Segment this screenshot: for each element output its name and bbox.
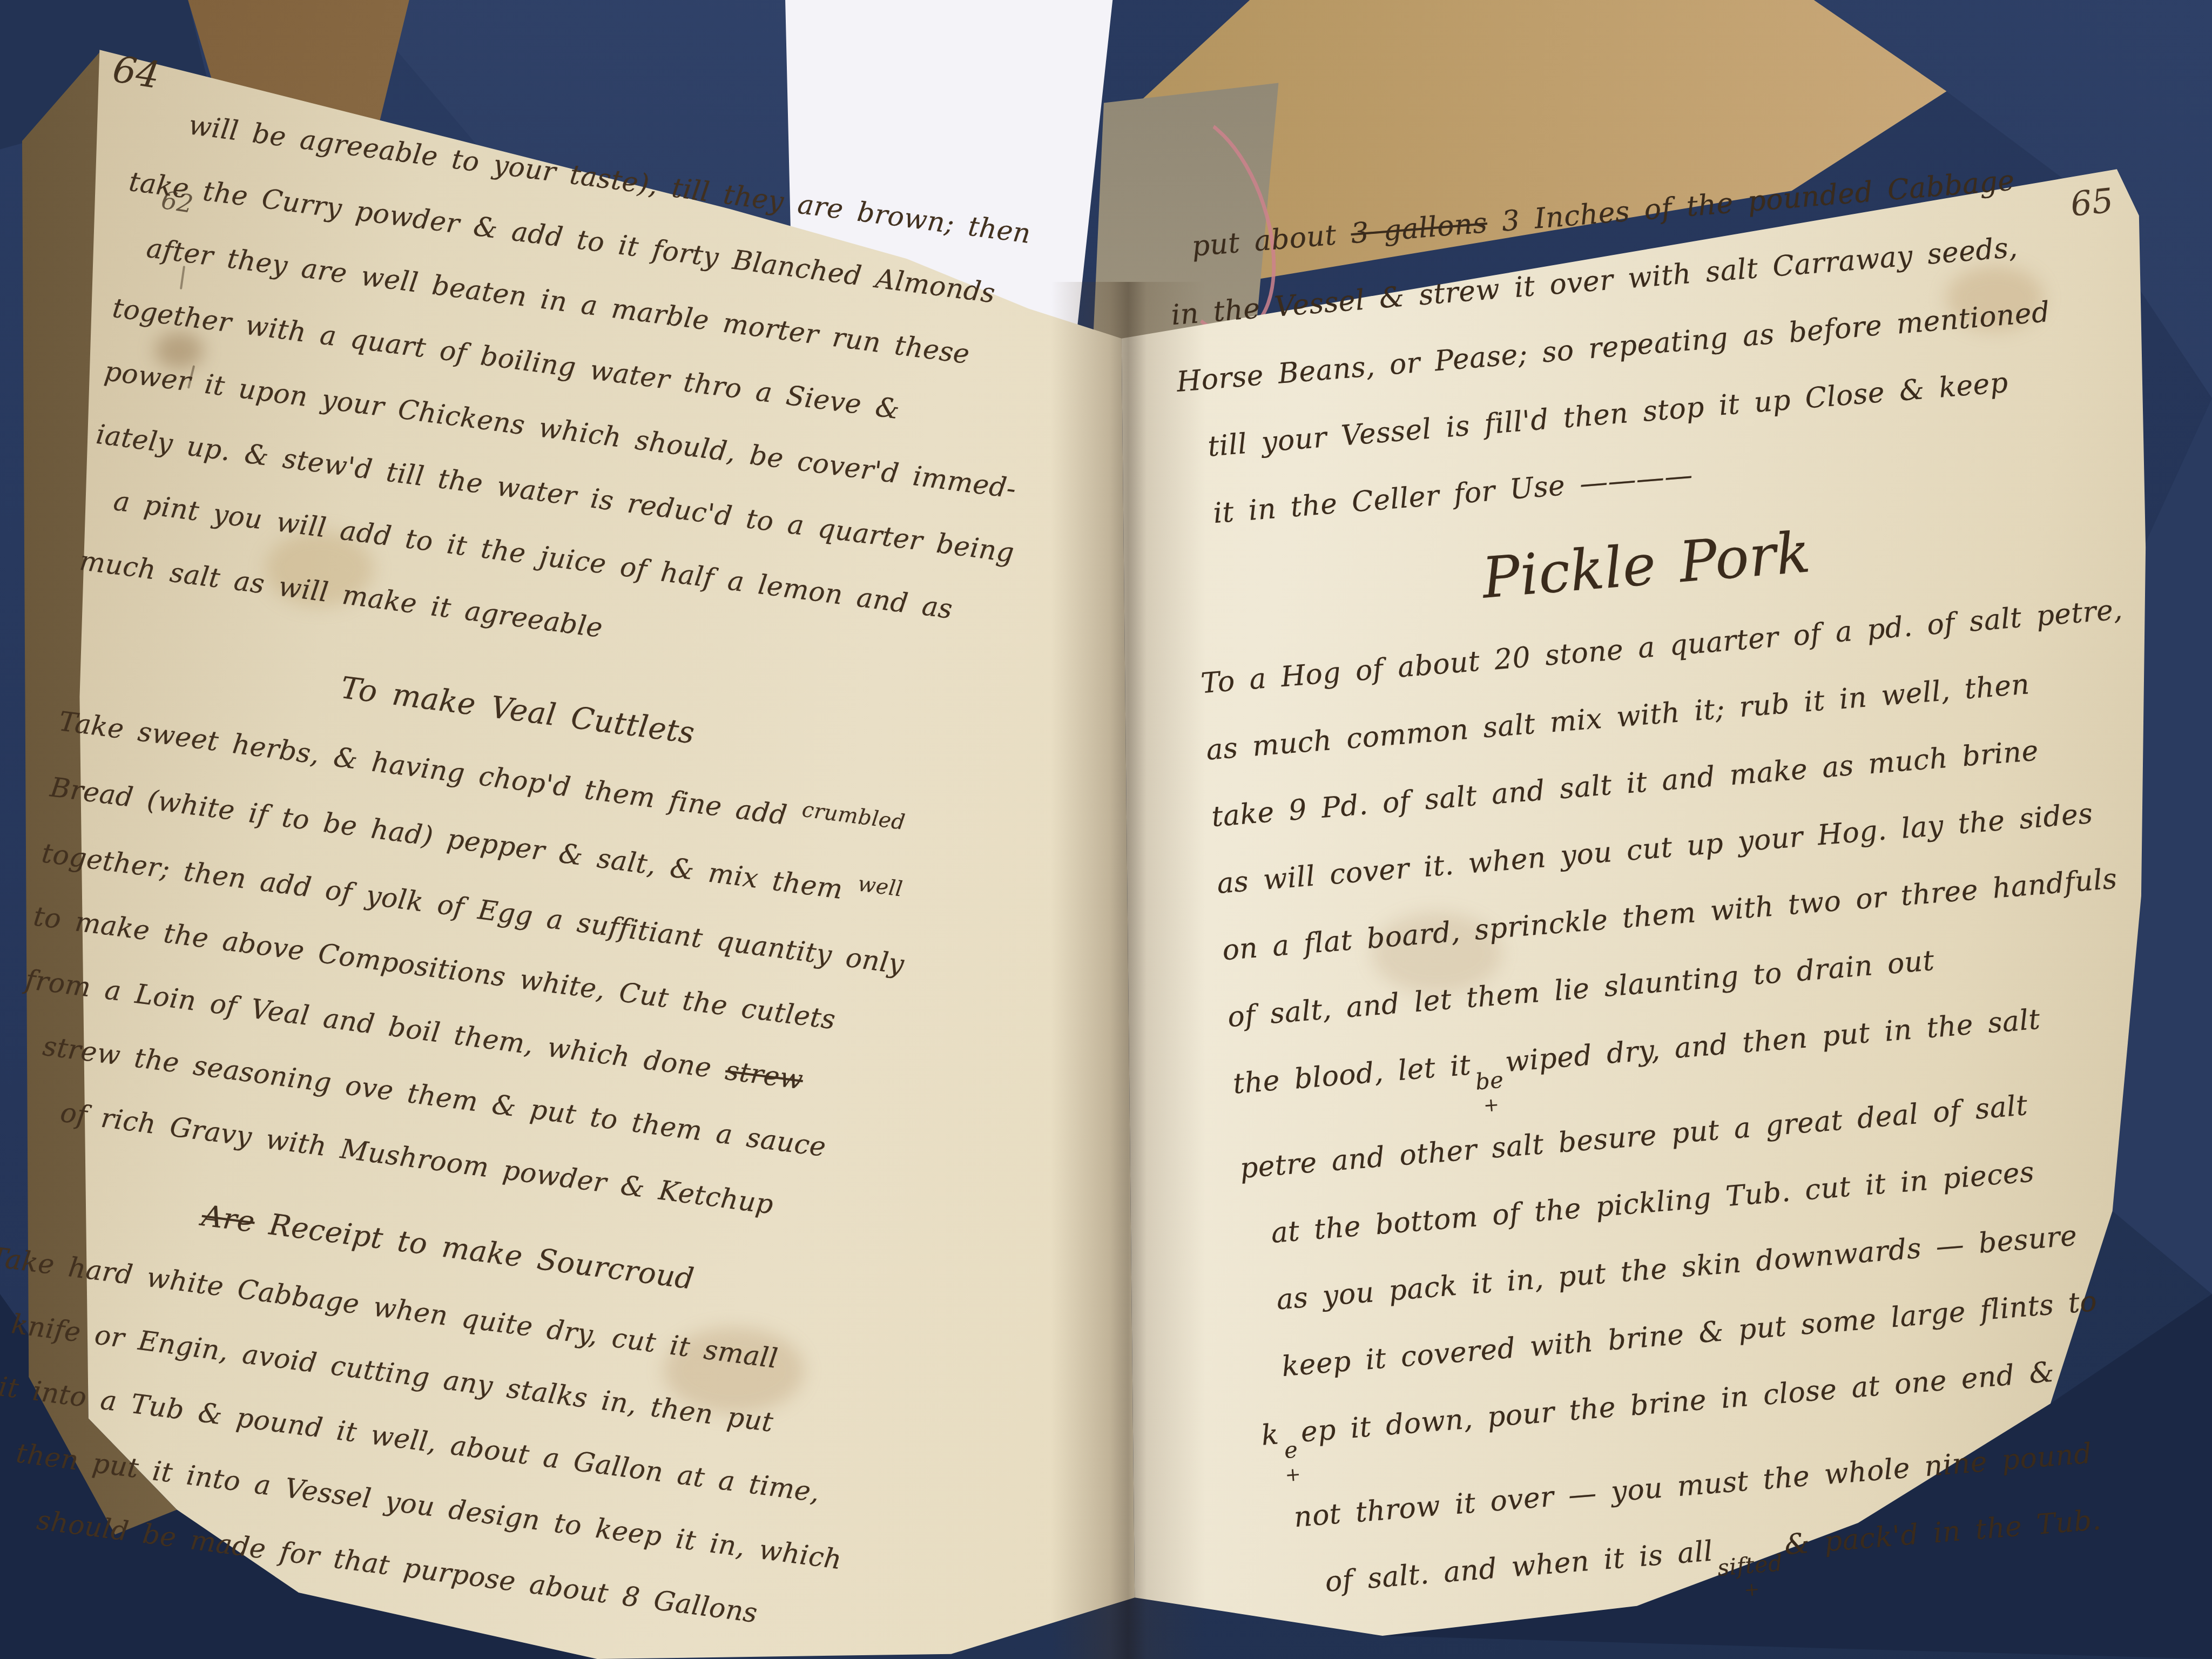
caret-plus-mark: + bbox=[1483, 1096, 1500, 1116]
page-gutter-shadow bbox=[1051, 282, 1206, 1659]
line-text: the blood, let it bbox=[1232, 1049, 1473, 1101]
struck-word: strew bbox=[724, 1054, 805, 1095]
caret-insertion: be+ bbox=[1475, 1069, 1507, 1116]
inserted-word: be bbox=[1475, 1069, 1505, 1094]
line-text: of salt. and when it is all bbox=[1324, 1535, 1715, 1599]
inserted-word: sifted bbox=[1717, 1552, 1784, 1579]
manuscript-cookbook-photo: 64 65 62 will be agreeable to your taste… bbox=[0, 0, 2212, 1659]
sourcrout-recipe-continuation: put about 3 gallons 3 Inches of the poun… bbox=[1163, 143, 2094, 550]
line-text: k bbox=[1260, 1418, 1280, 1452]
struck-word: 3 gallons bbox=[1350, 207, 1489, 250]
inserted-word: crumbled bbox=[801, 797, 907, 834]
struck-word: Are bbox=[200, 1198, 257, 1239]
caret-insertion: sifted+ bbox=[1717, 1552, 1785, 1602]
page-number-right: 65 bbox=[2068, 180, 2115, 224]
inserted-word: well bbox=[857, 872, 905, 901]
line-text: & pack'd in the Tub. bbox=[1783, 1504, 2102, 1562]
inserted-letter: e bbox=[1284, 1439, 1299, 1462]
right-page-text: put about 3 gallons 3 Inches of the poun… bbox=[1163, 143, 2182, 1638]
veal-cutlets-recipe: To make Veal Cuttlets Take sweet herbs, … bbox=[5, 621, 972, 1253]
line-text: put about bbox=[1191, 218, 1353, 264]
caret-plus-mark: + bbox=[1285, 1465, 1302, 1485]
caret-insertion: e+ bbox=[1283, 1439, 1302, 1485]
caret-plus-mark: + bbox=[1744, 1580, 1761, 1600]
pickle-pork-recipe: Pickle Pork To a Hog of about 20 stone a… bbox=[1191, 489, 2182, 1638]
